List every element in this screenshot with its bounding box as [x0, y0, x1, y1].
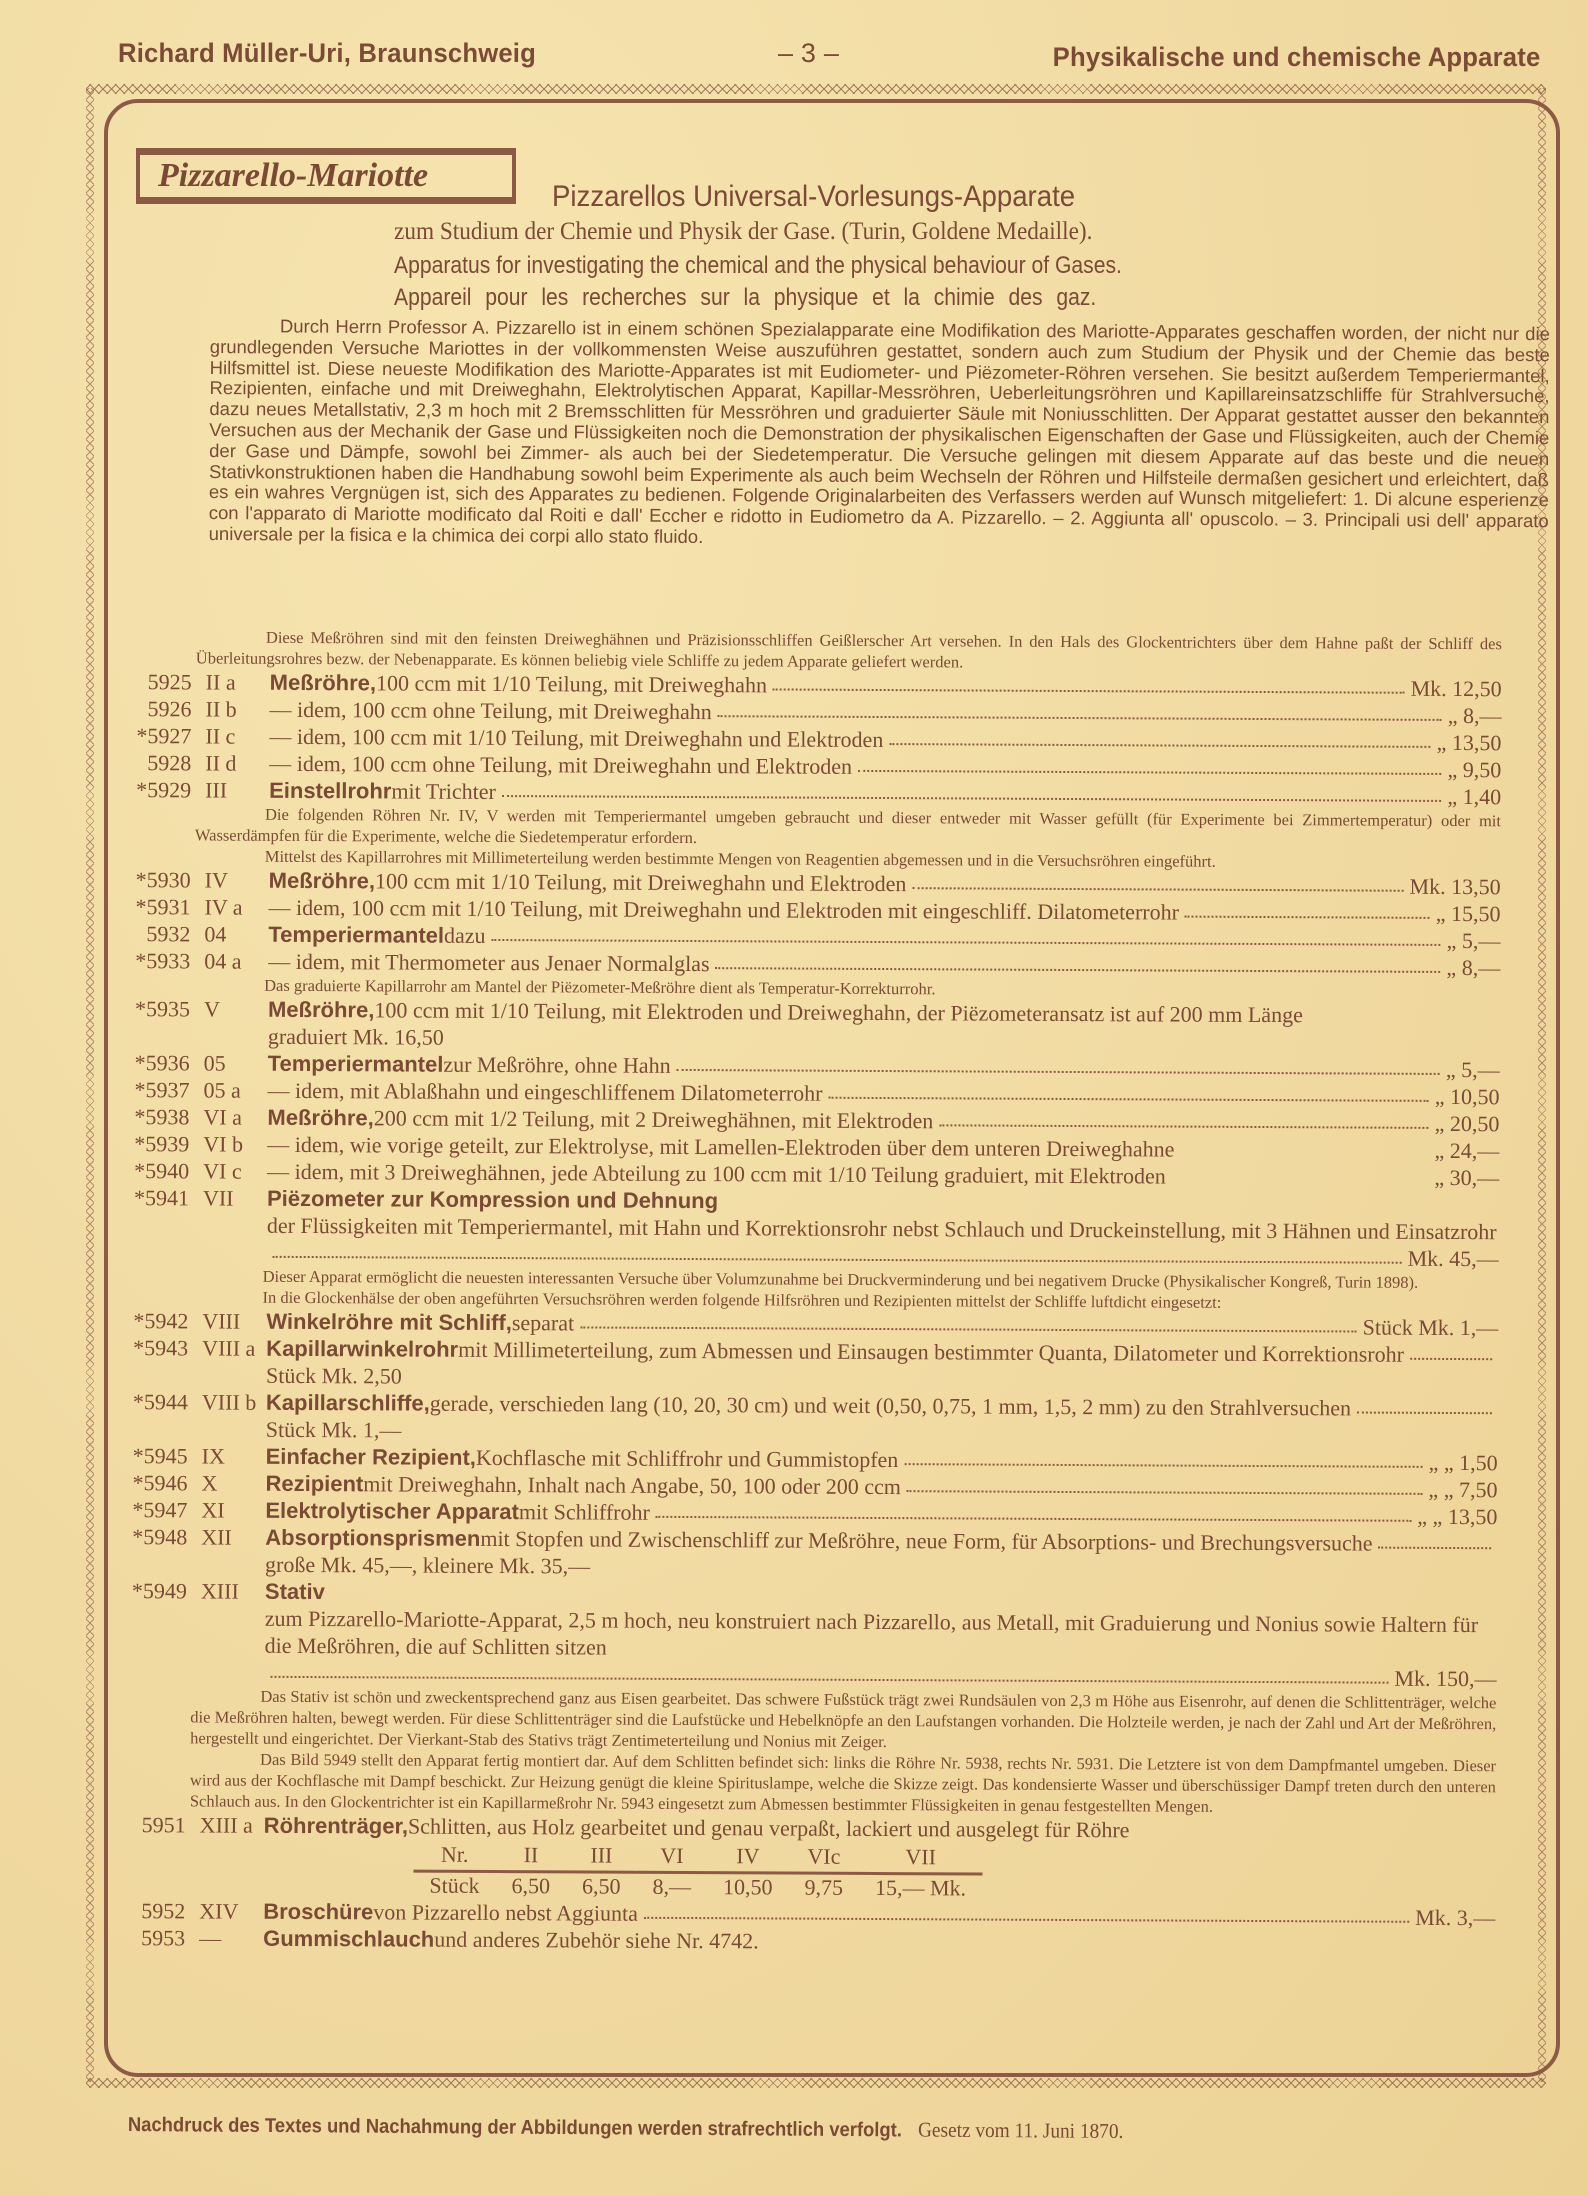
item-number: *5931	[114, 893, 190, 920]
item-description: — idem, mit Thermometer aus Jenaer Norma…	[268, 948, 709, 977]
item-price: Mk. 45,—	[1408, 1245, 1499, 1272]
item-price: „ „ 13,50	[1417, 1503, 1497, 1530]
list-item: *5941 VII Piëzometer zur Kompression und…	[113, 1184, 1499, 1272]
item-number: *5945	[112, 1442, 188, 1469]
item-code: X	[187, 1469, 265, 1496]
item-code: 05	[190, 1049, 268, 1076]
note-temper-jacket: Die folgenden Röhren Nr. IV, V werden mi…	[195, 803, 1501, 873]
table-cell: 8,—	[636, 1872, 707, 1900]
item-price: „ 1,40	[1447, 783, 1501, 810]
item-price: Mk. 3,—	[1415, 1904, 1495, 1931]
item-code: VI a	[189, 1103, 267, 1130]
item-number: 5952	[109, 1897, 185, 1924]
item-name: Rezipient	[265, 1470, 363, 1498]
item-description: 100 ccm mit 1/10 Teilung, mit Dreiweghah…	[376, 669, 767, 698]
item-description: mit Schliffrohr	[519, 1498, 650, 1526]
item-price: „ 5,—	[1447, 927, 1501, 954]
copyright-footer: Nachdruck des Textes und Nachahmung der …	[128, 2112, 1124, 2144]
item-price: Stück Mk. 1,—	[1363, 1314, 1499, 1342]
item-name: Kapillarwinkelrohr	[266, 1335, 458, 1363]
item-name: Stativ	[265, 1578, 325, 1605]
item-code: XI	[187, 1496, 265, 1523]
catalog-page: Richard Müller-Uri, Braunschweig – 3 – P…	[0, 0, 1588, 2196]
item-price: „ 24,—	[1434, 1137, 1499, 1164]
item-name: Elektrolytischer Apparat	[265, 1497, 519, 1525]
table-cell: VII	[859, 1844, 982, 1874]
item-name: Temperiermantel	[268, 921, 444, 949]
item-name: Röhrenträger,	[264, 1812, 408, 1840]
item-code: II a	[192, 668, 270, 695]
table-cell: II	[496, 1842, 567, 1872]
item-code: VIII	[188, 1307, 266, 1334]
item-price: „ 9,50	[1447, 756, 1501, 783]
item-name: Piëzometer zur Kompression und Dehnung	[267, 1185, 718, 1214]
list-item: *5944 VIII b Kapillarschliffe, gerade, v…	[112, 1388, 1498, 1449]
table-cell: Stück	[413, 1871, 495, 1899]
item-price: Mk. 150,—	[1394, 1665, 1496, 1693]
item-name: Kapillarschliffe,	[266, 1389, 430, 1417]
item-number: *5929	[115, 776, 191, 803]
item-number: 5925	[116, 668, 192, 695]
section-title: Physikalische und chemische Apparate	[1052, 42, 1540, 73]
item-number: *5936	[114, 1049, 190, 1076]
item-price: „ 8,—	[1446, 954, 1500, 981]
item-description: dazu	[444, 922, 486, 949]
item-price: Mk. 13,50	[1410, 873, 1501, 900]
item-price: Stück Mk. 2,50	[266, 1362, 402, 1390]
table-header-row: Nr. II III VI IV VIc VII	[413, 1842, 982, 1874]
item-name: Einstellrohr	[269, 777, 391, 805]
item-description: 100 ccm mit 1/10 Teilung, mit Dreiweghah…	[375, 867, 907, 897]
item-number: *5937	[114, 1076, 190, 1103]
item-code: V	[190, 995, 268, 1022]
item-code: II c	[191, 722, 269, 749]
note-stand: Das Stativ ist schön und zweckentspreche…	[190, 1685, 1497, 1818]
item-number: *5935	[114, 995, 190, 1022]
item-description: zum Pizzarello-Mariotte-Apparat, 2,5 m h…	[265, 1605, 1497, 1665]
item-code: III	[191, 776, 269, 803]
publisher-name: Richard Müller-Uri, Braunschweig	[118, 38, 536, 69]
item-description: — idem, 100 ccm mit 1/10 Teilung, mit Dr…	[269, 723, 883, 753]
table-cell: VI	[637, 1843, 708, 1873]
item-price: „ 13,50	[1437, 729, 1502, 756]
product-badge: Pizzarello-Mariotte	[136, 148, 516, 204]
item-description: Kochflasche mit Schliffrohr und Gummisto…	[476, 1444, 899, 1473]
item-description: mit Millimeterteilung, zum Abmessen und …	[458, 1336, 1404, 1368]
item-number: 5932	[114, 920, 190, 947]
item-code: II d	[191, 749, 269, 776]
list-item: *5949 XIII Stativ zum Pizzarello-Mariott…	[110, 1577, 1497, 1692]
item-number: *5946	[111, 1469, 187, 1496]
item-number: *5942	[112, 1307, 188, 1334]
item-name: Gummischlauch	[263, 1925, 434, 1953]
item-name: Broschüre	[263, 1898, 373, 1926]
item-code: XIII	[187, 1577, 265, 1604]
item-number: *5941	[113, 1184, 189, 1211]
item-description: — idem, mit Ablaßhahn und eingeschliffen…	[268, 1077, 823, 1107]
note-piezometer: Dieser Apparat ermöglicht die neuesten i…	[192, 1265, 1498, 1314]
page-number: – 3 –	[778, 38, 839, 69]
table-cell: III	[566, 1842, 637, 1872]
table-cell: 9,75	[788, 1873, 859, 1901]
item-price: „ 8,—	[1448, 702, 1502, 729]
table-row: Stück 6,50 6,50 8,— 10,50 9,75 15,— Mk.	[413, 1871, 982, 1901]
item-description: und anderes Zubehör siehe Nr. 4742.	[434, 1926, 759, 1955]
subtitle-english: Apparatus for investigating the chemical…	[394, 252, 1122, 280]
note-measuring-tubes: Diese Meßröhren sind mit den feinsten Dr…	[196, 626, 1502, 675]
item-price: Mk. 12,50	[1411, 675, 1502, 702]
table-cell: 15,— Mk.	[859, 1873, 982, 1901]
item-price: „ 30,—	[1434, 1164, 1499, 1191]
item-price: graduiert Mk. 16,50	[268, 1023, 444, 1051]
item-number: *5943	[112, 1334, 188, 1361]
item-description: Schlitten, aus Holz gearbeitet und genau…	[408, 1813, 1130, 1844]
subtitle-french: Appareil pour les recherches sur la phys…	[394, 284, 1096, 312]
item-code: 04	[190, 920, 268, 947]
carrier-price-table: Nr. II III VI IV VIc VII Stück 6,50 6,50…	[413, 1842, 1013, 1902]
wavy-border-bottom	[86, 2078, 1546, 2088]
law-reference: Gesetz vom 11. Juni 1870.	[918, 2118, 1124, 2143]
item-name: Meßröhre,	[270, 669, 376, 697]
item-number: *5949	[111, 1577, 187, 1604]
item-code: IV	[191, 866, 269, 893]
note-text: Diese Meßröhren sind mit den feinsten Dr…	[196, 626, 1502, 675]
item-price: „ „ 1,50	[1429, 1449, 1498, 1476]
item-number: 5926	[115, 695, 191, 722]
item-code: XIII a	[186, 1811, 264, 1838]
reprint-notice: Nachdruck des Textes und Nachahmung der …	[128, 2114, 902, 2141]
subtitle-german: zum Studium der Chemie und Physik der Ga…	[394, 218, 1092, 246]
item-code: 04 a	[190, 947, 268, 974]
item-description: — idem, 100 ccm ohne Teilung, mit Dreiwe…	[269, 750, 852, 780]
item-code: VI c	[189, 1157, 267, 1184]
item-number: *5930	[115, 866, 191, 893]
item-number: *5933	[114, 947, 190, 974]
intro-text: Durch Herrn Professor A. Pizzarello ist …	[209, 316, 1550, 553]
item-description: mit Trichter	[391, 777, 496, 805]
item-name: Winkelröhre mit Schliff,	[266, 1308, 512, 1336]
item-number: *5948	[111, 1523, 187, 1550]
item-code: II b	[191, 695, 269, 722]
list-item: *5943 VIII a Kapillarwinkelrohr mit Mill…	[112, 1334, 1498, 1395]
item-number: *5938	[113, 1103, 189, 1130]
wavy-border-top	[86, 84, 1546, 94]
item-code: IV a	[190, 893, 268, 920]
item-price: große Mk. 45,—, kleinere Mk. 35,—	[265, 1551, 590, 1580]
item-price: „ 15,50	[1436, 900, 1501, 927]
list-item: *5948 XII Absorptionsprismen mit Stopfen…	[111, 1523, 1497, 1584]
item-number: *5939	[113, 1130, 189, 1157]
wavy-border-left	[86, 88, 94, 2082]
note-text: Das Bild 5949 stellt den Apparat fertig …	[190, 1748, 1496, 1818]
item-code: VIII b	[188, 1388, 266, 1415]
item-description: zur Meßröhre, ohne Hahn	[443, 1051, 670, 1079]
item-name: Meßröhre,	[269, 867, 375, 895]
table-cell: 6,50	[495, 1872, 566, 1900]
item-number: *5927	[115, 722, 191, 749]
item-price: „ 10,50	[1435, 1083, 1500, 1110]
intro-paragraph: Durch Herrn Professor A. Pizzarello ist …	[209, 316, 1550, 553]
item-price: „ 20,50	[1435, 1110, 1500, 1137]
item-code: XIV	[185, 1897, 263, 1924]
item-price: „ 5,—	[1446, 1056, 1500, 1083]
item-number: *5947	[111, 1496, 187, 1523]
item-number: 5951	[110, 1811, 186, 1838]
table-cell: IV	[707, 1843, 789, 1873]
item-price: Stück Mk. 1,—	[266, 1416, 402, 1444]
item-name: Temperiermantel	[268, 1050, 444, 1078]
list-item: *5935 V Meßröhre, 100 ccm mit 1/10 Teilu…	[114, 995, 1500, 1056]
table-cell: 10,50	[707, 1873, 789, 1901]
item-price: „ „ 7,50	[1428, 1476, 1497, 1503]
item-description: 100 ccm mit 1/10 Teilung, mit Elektroden…	[374, 996, 1303, 1028]
note-text: Das Stativ ist schön und zweckentspreche…	[190, 1685, 1496, 1755]
table-cell: 6,50	[566, 1872, 637, 1900]
item-code: VII	[189, 1184, 267, 1211]
item-name: Einfacher Rezipient,	[266, 1443, 476, 1471]
note-text: Die folgenden Röhren Nr. IV, V werden mi…	[195, 803, 1501, 852]
item-number: 5953	[109, 1924, 185, 1951]
item-name: Meßröhre,	[267, 1104, 373, 1132]
page-title: Pizzarellos Universal-Vorlesungs-Apparat…	[552, 180, 1075, 214]
item-description: von Pizzarello nebst Aggiunta	[373, 1898, 638, 1926]
item-description: mit Dreiweghahn, Inhalt nach Angabe, 50,…	[363, 1470, 901, 1500]
item-name: Meßröhre,	[268, 996, 374, 1024]
item-code: 05 a	[190, 1076, 268, 1103]
item-code: VIII a	[188, 1334, 266, 1361]
running-header: Richard Müller-Uri, Braunschweig – 3 – P…	[118, 38, 1540, 78]
item-name: Absorptionsprismen	[265, 1524, 480, 1552]
item-description: gerade, verschieden lang (10, 20, 30 cm)…	[430, 1390, 1351, 1422]
item-code: —	[185, 1924, 263, 1951]
item-number: *5944	[112, 1388, 188, 1415]
price-list: Diese Meßröhren sind mit den feinsten Dr…	[109, 626, 1502, 1958]
item-code: XII	[187, 1523, 265, 1550]
item-code: VI b	[189, 1130, 267, 1157]
table-cell: VIc	[789, 1844, 860, 1874]
item-description: separat	[512, 1309, 574, 1336]
table-cell: Nr.	[413, 1842, 495, 1872]
item-number: 5928	[115, 749, 191, 776]
item-code: IX	[188, 1442, 266, 1469]
item-description: 200 ccm mit 1/2 Teilung, mit 2 Dreiweghä…	[374, 1104, 934, 1134]
item-description: — idem, 100 ccm ohne Teilung, mit Dreiwe…	[269, 696, 711, 725]
item-description: mit Stopfen und Zwischenschliff zur Meßr…	[480, 1525, 1372, 1557]
item-number: *5940	[113, 1157, 189, 1184]
